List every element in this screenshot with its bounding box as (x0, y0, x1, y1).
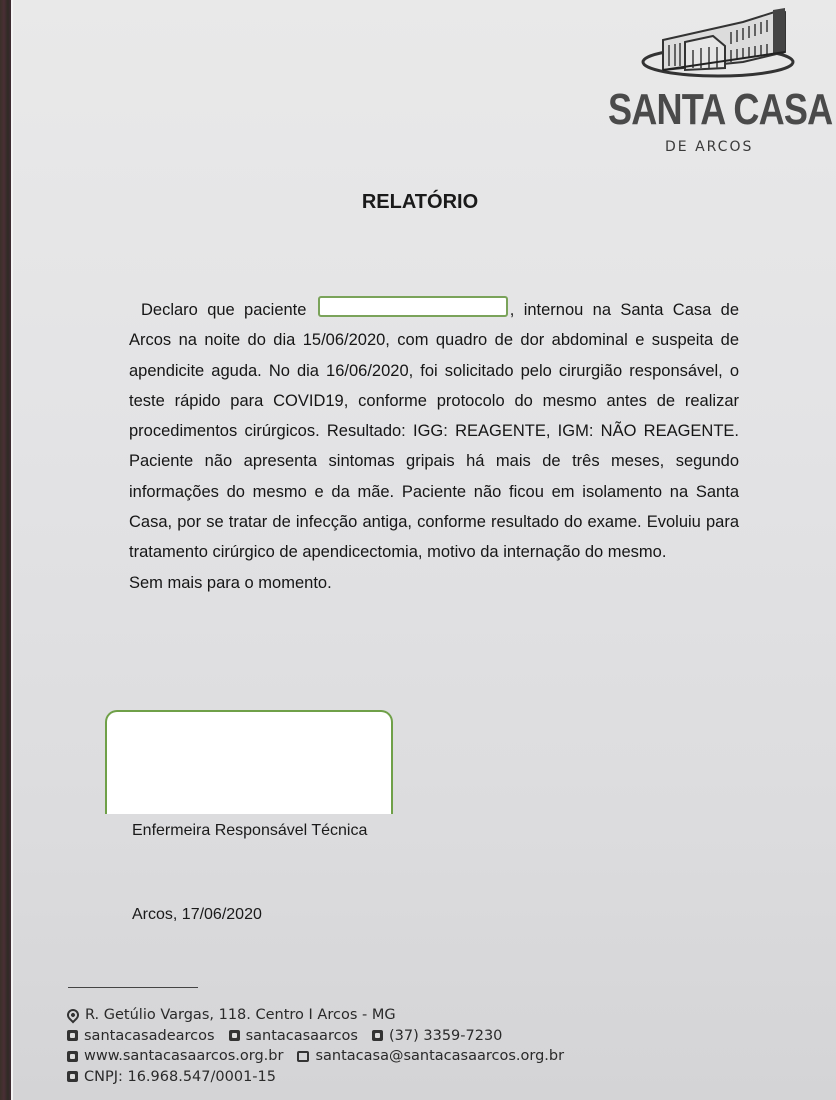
web-icon (67, 1051, 78, 1062)
facebook-icon (229, 1030, 240, 1041)
email-icon (297, 1051, 309, 1062)
logo-subtitle: DE ARCOS (665, 139, 753, 155)
id-card-icon (67, 1071, 78, 1082)
document-page: SANTA CASA DE ARCOS RELATÓRIO Declaro qu… (11, 0, 836, 1100)
redacted-patient-name (318, 296, 508, 317)
footer-divider (68, 987, 198, 988)
footer-contacts: R. Getúlio Vargas, 118. Centro I Arcos -… (67, 1005, 578, 1087)
footer-instagram: santacasadearcos (84, 1028, 215, 1044)
document-title: RELATÓRIO (2, 191, 836, 214)
logo-name: SANTA CASA (608, 85, 772, 135)
signature-label: Enfermeira Responsável Técnica (132, 822, 367, 840)
closing-line: Sem mais para o momento. (129, 568, 739, 598)
instagram-icon (67, 1030, 78, 1041)
footer-phone: (37) 3359-7230 (389, 1028, 502, 1044)
hospital-building-icon (613, 0, 823, 160)
paragraph-body: , internou na Santa Casa de Arcos na noi… (129, 301, 739, 561)
footer-cnpj: CNPJ: 16.968.547/0001-15 (84, 1069, 276, 1085)
report-body: Declaro que paciente , internou na Santa… (129, 295, 739, 598)
place-date: Arcos, 17/06/2020 (132, 906, 262, 924)
paragraph-prefix: Declaro que paciente (141, 301, 306, 319)
location-pin-icon (65, 1007, 82, 1024)
footer-website: www.santacasaarcos.org.br (84, 1048, 283, 1064)
footer-facebook: santacasaarcos (246, 1028, 358, 1044)
report-paragraph: Declaro que paciente , internou na Santa… (129, 295, 739, 568)
footer-email: santacasa@santacasaarcos.org.br (315, 1048, 564, 1064)
redacted-signature (105, 710, 393, 814)
footer-address: R. Getúlio Vargas, 118. Centro I Arcos -… (85, 1007, 396, 1023)
whatsapp-icon (372, 1030, 383, 1041)
